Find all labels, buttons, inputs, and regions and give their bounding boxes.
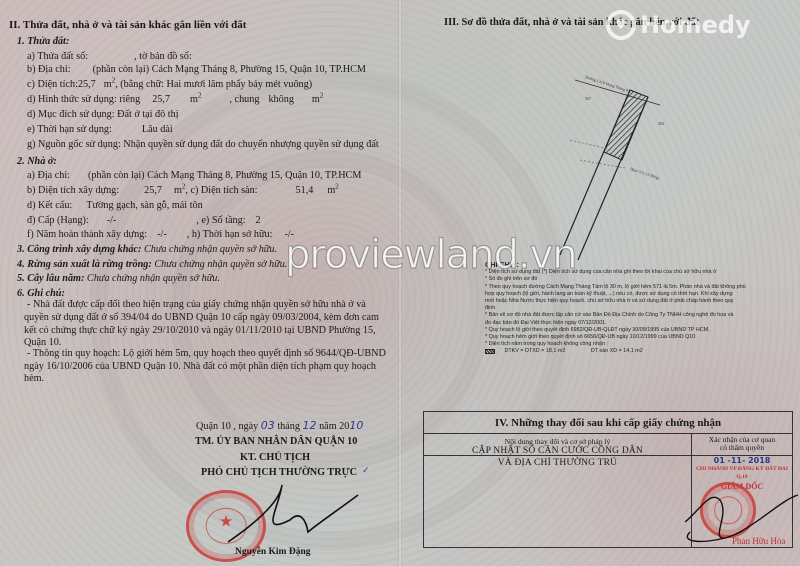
value: 25,7 xyxy=(144,185,162,196)
value: (phần còn lại) Cách Mạng Tháng 8, Phường… xyxy=(93,64,366,75)
value: Chưa chứng nhận quyền sở hữu. xyxy=(154,259,287,270)
legend-value: DTKV = DTXD = 18,1 m2 xyxy=(505,348,566,354)
land-heading: 1. Thửa đất: xyxy=(17,36,69,48)
label: e) Thời hạn sử dụng: xyxy=(27,124,112,135)
lot-number: 563 xyxy=(658,121,664,126)
issuer-role-deputy: PHÓ CHỦ TỊCH THƯỜNG TRỰC xyxy=(201,467,357,479)
section-title: II. Thửa đất, nhà ở và tài sản khác gắn … xyxy=(9,19,246,31)
left-page: II. Thửa đất, nhà ở và tài sản khác gắn … xyxy=(0,0,400,566)
label: , chung xyxy=(229,94,259,105)
value: Chưa chứng nhận quyền sở hữu. xyxy=(87,273,220,284)
label: f) Năm hoàn thành xây dựng: xyxy=(27,229,147,240)
col2-header: có thẩm quyền xyxy=(692,444,792,452)
note-line: định. xyxy=(485,305,785,312)
house-area: b) Diện tích xây dựng:25,7m2, c) Diện tí… xyxy=(27,185,339,197)
note-line: quyền sử dụng đất ở số 394/04 do UBND Qu… xyxy=(24,312,379,324)
house-grade-floors: đ) Cấp (Hạng):-/-, e) Số tầng:2 xyxy=(27,215,261,227)
value: 25,7 xyxy=(152,94,170,105)
watermark-text: proviewland.vn xyxy=(285,232,577,278)
issue-date: Quận 10 , ngày 03 tháng 12 năm 2010 xyxy=(196,420,363,433)
day: 03 xyxy=(261,419,275,432)
land-purpose: d) Mục đích sử dụng: Đất ở tại đô thị xyxy=(27,109,179,121)
value: 2 xyxy=(256,215,261,226)
divider xyxy=(692,455,792,456)
label: năm 20 xyxy=(319,421,349,432)
land-area: c) Diện tích:25,7m2, (bằng chữ: Hai mươi… xyxy=(27,79,312,91)
initial-mark: ✓ xyxy=(362,465,370,477)
land-term: e) Thời hạn sử dụng:Lâu dài xyxy=(27,124,173,136)
label: a) Thửa đất số: xyxy=(27,51,88,62)
heading: 3. Công trình xây dựng khác: xyxy=(17,244,141,255)
house-address: a) Địa chỉ:(phần còn lại) Cách Mạng Thán… xyxy=(27,170,361,182)
heading: 4. Rừng sản xuất là rừng trồng: xyxy=(17,259,152,270)
issuer-org: TM. ỦY BAN NHÂN DÂN QUẬN 10 xyxy=(195,436,357,448)
change-content: VÀ ĐỊA CHỈ THƯỜNG TRÚ xyxy=(424,458,691,468)
other-works: 3. Công trình xây dựng khác: Chưa chứng … xyxy=(17,244,277,256)
legend-row: DTKV = DTXD = 18,1 m2 DT sàn XD = 14,1 m… xyxy=(485,348,785,355)
hatch-legend-icon xyxy=(485,349,495,354)
confirm-org: CHI NHÁNH VP ĐĂNG KÝ ĐẤT ĐAI Q.10 xyxy=(692,465,792,481)
perennial-trees: 5. Cây lâu năm: Chưa chứng nhận quyền sở… xyxy=(17,273,220,285)
heading: 5. Cây lâu năm: xyxy=(17,273,84,284)
land-lot-number: a) Thửa đất số:, tờ bản đồ số: xyxy=(27,51,192,63)
land-origin: g) Nguồn gốc sử dụng: Nhận quyền sử dụng… xyxy=(27,139,379,151)
value: Đất ở tại đô thị xyxy=(117,109,178,120)
label: a) Địa chỉ: xyxy=(27,170,70,181)
legend-value: DT sàn XD = 14,1 m2 xyxy=(591,348,643,354)
note-line: * Bản vẽ sơ đồ nhà đất được lập căn cứ v… xyxy=(485,312,785,319)
land-usage-form: d) Hình thức sử dụng: riêng25,7m2, chung… xyxy=(27,94,323,106)
note-line: ngày 16/10/2006 của UBND Quận 10. Nhà đấ… xyxy=(24,361,376,373)
label: tháng xyxy=(277,421,300,432)
land-address: b) Địa chỉ:(phần còn lại) Cách Mạng Thán… xyxy=(27,64,366,76)
label: g) Nguồn gốc sử dụng: xyxy=(27,139,121,150)
unit: m xyxy=(312,94,320,105)
unit: m xyxy=(190,94,198,105)
label: Quận 10 , ngày xyxy=(196,421,258,432)
note-line: kết có chứng thực chữ ký ngày 29/10/2010… xyxy=(24,325,376,337)
lot-diagram: Đường Cách Mạng Tháng 8 567 563 Hẻm 571 … xyxy=(540,60,690,260)
confirm-date: 01 -11- 2018 xyxy=(692,457,792,465)
house-heading: 2. Nhà ở: xyxy=(17,156,57,168)
issuer-role: KT. CHỦ TỊCH xyxy=(240,452,310,464)
changes-content-column: Nội dung thay đổi và cơ sở pháp lý CẬP N… xyxy=(424,434,692,547)
label: d) Mục đích sử dụng: xyxy=(27,109,115,120)
note-line: mới hoặc Nhà Nước thực hiện quy hoạch, c… xyxy=(485,298,785,305)
house-year-ownership: f) Năm hoàn thành xây dựng:-/-, h) Thời … xyxy=(27,229,294,241)
value: 25,7 xyxy=(78,79,96,90)
value: Tường gạch, sàn gỗ, mái tôn xyxy=(86,200,202,211)
street-label: Đường Cách Mạng Tháng 8 xyxy=(585,74,629,93)
note-line: hợp quy hoạch (lộ giới, hành lang an toà… xyxy=(485,291,785,298)
note-line: * Diện tích nằm trong quy hoạch không cô… xyxy=(485,341,785,348)
value: Lâu dài xyxy=(142,124,173,135)
value: 51,4 xyxy=(296,185,314,196)
label: , e) Số tầng: xyxy=(196,215,245,226)
note-line: * Quy hoạch lộ giới theo quyết định 6982… xyxy=(485,327,785,334)
signature-scribble xyxy=(220,480,360,550)
note-line: * Quy hoạch hẻm giới theo quyết định số … xyxy=(485,334,785,341)
divider xyxy=(424,455,691,456)
value: -/- xyxy=(157,229,167,240)
signer-name: Nguyễn Kim Đặng xyxy=(235,546,310,558)
lot-number: 567 xyxy=(585,96,591,101)
col1-header: Nội dung thay đổi và cơ sở pháp lý xyxy=(424,438,691,446)
value: Chưa chứng nhận quyền sở hữu. xyxy=(144,244,277,255)
signature-scribble xyxy=(680,480,800,550)
unit: m xyxy=(174,185,182,196)
label: b) Địa chỉ: xyxy=(27,64,71,75)
homedy-logo: ♥ Homedy xyxy=(606,10,751,40)
unit: m xyxy=(104,79,112,90)
note-line: - Thông tin quy hoạch: Lộ giới hẻm 5m, q… xyxy=(27,348,386,360)
note-line: * Theo quy hoạch đường Cách Mạng Tháng T… xyxy=(485,284,785,291)
value: không xyxy=(268,94,293,105)
logo-text: Homedy xyxy=(640,11,751,39)
label: c) Diện tích: xyxy=(27,79,78,90)
label: d) Hình thức sử dụng: riêng xyxy=(27,94,140,105)
changes-title: IV. Những thay đổi sau khi cấp giấy chứn… xyxy=(424,412,792,434)
production-forest: 4. Rừng sản xuất là rừng trồng: Chưa chứ… xyxy=(17,259,287,271)
note-line: - Nhà đất được cấp đổi theo hiện trạng c… xyxy=(27,299,366,311)
label: , c) Diện tích sàn: xyxy=(185,185,257,196)
month: 12 xyxy=(303,419,317,432)
year: 10 xyxy=(349,419,363,432)
label: , h) Thời hạn sở hữu: xyxy=(187,229,273,240)
alley-label: Hẻm 571 Lê Hồng xyxy=(630,166,660,180)
note-line: hẻm. xyxy=(24,373,44,385)
label: đ) Cấp (Hạng): xyxy=(27,215,89,226)
note-line: đo đạc bản đồ Đại Việt thực hiện ngày 07… xyxy=(485,320,785,327)
house-structure: d) Kết cấu:Tường gạch, sàn gỗ, mái tôn xyxy=(27,200,203,212)
value: (phần còn lại) Cách Mạng Tháng 8, Phường… xyxy=(88,170,361,181)
label: d) Kết cấu: xyxy=(27,200,72,211)
label: , tờ bản đồ số: xyxy=(134,51,192,62)
heart-home-icon: ♥ xyxy=(606,10,636,40)
label: b) Diện tích xây dựng: xyxy=(27,185,119,196)
value: , (bằng chữ: Hai mươi lăm phẩy bảy mét v… xyxy=(115,79,312,90)
value: -/- xyxy=(107,215,117,226)
value: Nhận quyền sử dụng đất do chuyển nhượng … xyxy=(123,139,378,150)
